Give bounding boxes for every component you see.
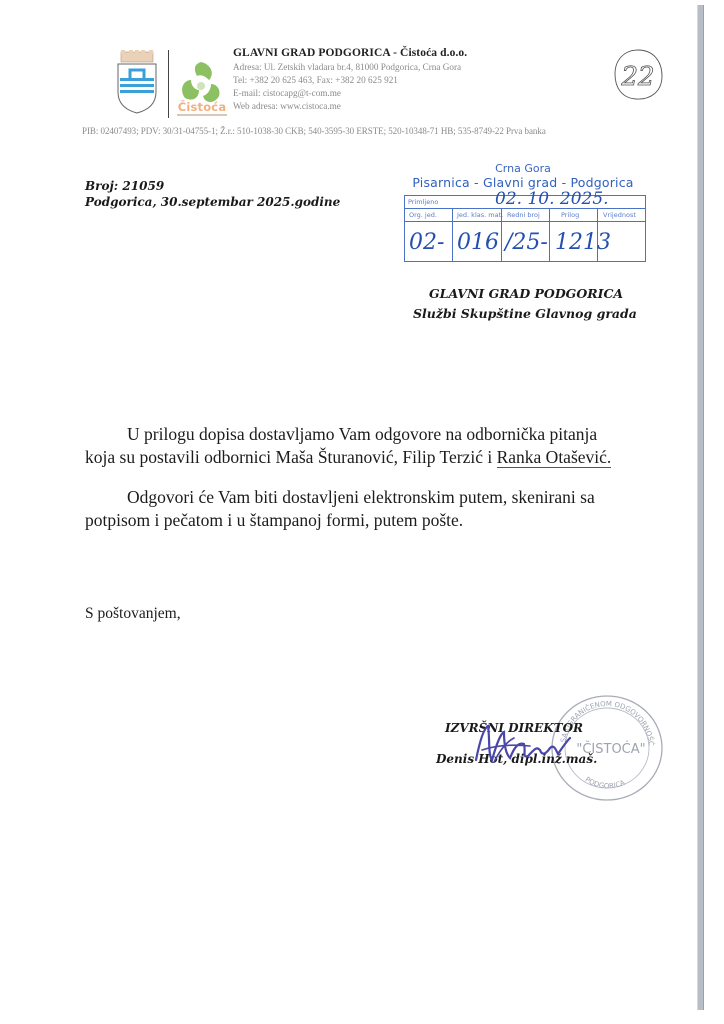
- body-line: potpisom i pečatom i u štampanoj formi, …: [85, 509, 675, 532]
- stamp-divider: [452, 209, 453, 261]
- stamp-received-row: Primljeno 02. 10. 2025.: [405, 196, 645, 209]
- handwritten-signature: [470, 720, 580, 770]
- stamp-received-date: 02. 10. 2025.: [495, 189, 609, 209]
- company-phone: Tel: +382 20 625 463, Fax: +382 20 625 9…: [233, 74, 467, 87]
- company-email: E-mail: cistocapg@t-com.me: [233, 87, 467, 100]
- reference-place-date: Podgorica, 30.septembar 2025.godine: [85, 194, 340, 210]
- body-text-span: koja su postavili odbornici Maša Šturano…: [85, 447, 497, 467]
- cistoca-logo-text: Čistoća: [175, 100, 229, 114]
- company-web: Web adresa: www.cistoca.me: [233, 100, 467, 113]
- stamp-col-label: Prilog: [561, 211, 579, 219]
- stamp-col-label: Vrijednost: [603, 211, 636, 219]
- stamp-col-label: Jed. klas. mat.: [457, 211, 503, 219]
- stamp-divider: [549, 209, 550, 261]
- addressee-block: GLAVNI GRAD PODGORICA Službi Skupštine G…: [413, 284, 637, 324]
- body-line: koja su postavili odbornici Maša Šturano…: [85, 446, 675, 469]
- stamp-country: Crna Gora: [398, 162, 648, 175]
- stamp-divider: [501, 209, 502, 261]
- body-line: Odgovori će Vam biti dostavljeni elektro…: [85, 486, 675, 509]
- reference-number: Broj: 21059: [85, 178, 340, 194]
- letterhead-logos: Čistoća: [113, 48, 233, 120]
- registry-stamp: Crna Gora Pisarnica - Glavni grad - Podg…: [398, 162, 648, 277]
- closing-salutation: S poštovanjem,: [85, 605, 181, 623]
- body-paragraph-2: Odgovori će Vam biti dostavljeni elektro…: [85, 486, 675, 532]
- stamp-value-org: 02-: [409, 230, 444, 255]
- company-bank-details: PIB: 02407493; PDV: 30/31-04755-1; Ž.r.:…: [82, 126, 546, 136]
- city-crest-icon: [115, 50, 159, 114]
- addressee-line2: Službi Skupštine Glavnog grada: [413, 304, 637, 324]
- company-title: GLAVNI GRAD PODGORICA - Čistoća d.o.o.: [233, 47, 467, 59]
- stamp-columns-row: Org. jed. Jed. klas. mat. Redni broj Pri…: [405, 209, 645, 222]
- svg-text:22: 22: [620, 62, 654, 92]
- company-address: Adresa: Ul. Zetskih vladara br.4, 81000 …: [233, 61, 467, 74]
- stamp-value-attachment: 1213: [555, 230, 611, 255]
- stamp-col-label: Org. jed.: [409, 211, 437, 219]
- body-paragraph-1: U prilogu dopisa dostavljamo Vam odgovor…: [85, 423, 675, 469]
- body-line: U prilogu dopisa dostavljamo Vam odgovor…: [85, 423, 675, 446]
- underlined-name: Ranka Otašević.: [497, 447, 612, 468]
- handwritten-page-number: 22: [612, 48, 664, 102]
- logo-divider: [168, 50, 169, 118]
- document-page: Čistoća GLAVNI GRAD PODGORICA - Čistoća …: [0, 0, 724, 1024]
- logo-tagline: [177, 114, 227, 116]
- letterhead-contact: GLAVNI GRAD PODGORICA - Čistoća d.o.o. A…: [233, 47, 467, 113]
- stamp-table: Primljeno 02. 10. 2025. Org. jed. Jed. k…: [404, 195, 646, 262]
- svg-text:PODGORICA: PODGORICA: [584, 775, 627, 790]
- viewer-scrollbar[interactable]: [697, 5, 704, 1010]
- addressee-line1: GLAVNI GRAD PODGORICA: [413, 284, 637, 304]
- stamp-col-label: Redni broj: [507, 211, 540, 219]
- stamp-office: Pisarnica - Glavni grad - Podgorica: [398, 175, 648, 190]
- stamp-received-label: Primljeno: [408, 198, 438, 206]
- stamp-value-serial: /25-: [505, 230, 548, 255]
- reference-block: Broj: 21059 Podgorica, 30.septembar 2025…: [85, 178, 340, 210]
- stamp-value-class: 016: [457, 230, 499, 255]
